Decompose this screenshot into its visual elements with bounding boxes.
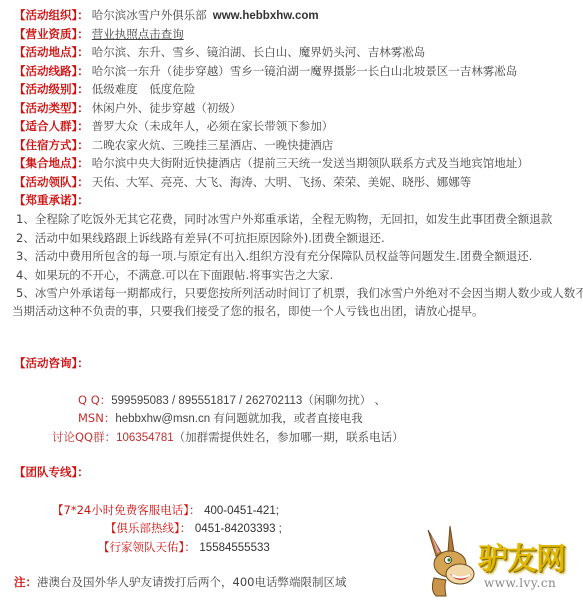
watermark-logo: 驴友网 www.lvy.cn [420,520,580,598]
hotline-value: 15584555533 [199,542,269,554]
info-row-type: 【活动类型】：休闲户外、徒步穿越（初级） [14,99,241,117]
info-label: 【郑重承诺】 [14,193,77,207]
promise-item: 2、活动中如果线路跟上诉线路有差异(不可抗拒原因除外).团费全额退还. [16,229,385,247]
watermark-brand: 驴友网 [478,534,565,578]
donkey-mascot-icon [420,520,482,598]
info-label: 【住宿方式】 [14,138,77,152]
promise-item: 5、冰雪户外承诺每一期都成行，只要您按所列活动时间订了机票，我们冰雪户外绝对不会… [16,284,583,302]
hotline-value: 400-0451-421; [204,505,279,517]
hotline-value: 0451-84203393 ; [195,523,282,535]
hotline-label: 【俱乐部热线】： [105,521,191,535]
footer-note: 注：港澳台及国外华人驴友请拨打后两个，400电话弊端限制区域 [14,573,346,591]
info-label: 【活动类型】 [14,101,77,115]
qq-group-label: 讨论QQ群： [52,430,116,444]
info-row-meeting-point: 【集合地点】：哈尔滨中央大街附近快捷酒店（提前三天统一发送当期领队联系方式及当地… [14,154,529,172]
info-value: 天佑、大军、亮亮、大飞、海涛、大明、飞扬、荣荣、美妮、晓彤、娜娜等 [92,175,472,189]
note-text: 港澳台及国外华人驴友请拨打后两个，400电话弊端限制区域 [37,575,346,589]
msn-contact: MSN：hebbxhw@msn.cn 有问题就加我，或者直接电我 [78,409,363,428]
info-row-lodging: 【住宿方式】：二晚农家火炕、三晚挂三星酒店、一晚快捷酒店 [14,136,333,154]
hotline-item-24h: 【7*24小时免费客服电话】： 400-0451-421; [52,501,279,520]
info-label: 【活动领队】 [14,175,77,189]
hotline-heading: 【团队专线】： [14,463,92,481]
info-value: 低级难度 低度危险 [92,82,196,96]
watermark-url: www.lvy.cn [484,576,556,590]
qq-numbers: 599595083 / 895551817 / 262702113（闲聊勿扰） … [111,395,386,407]
info-row-level: 【活动级别】：低级难度 低度危险 [14,80,195,98]
info-value: 二晚农家火炕、三晚挂三星酒店、一晚快捷酒店 [92,138,334,152]
promise-item: 3、活动中费用所包含的每一项.与原定有出入.组织方没有充分保障队员权益等问题发生… [16,247,532,265]
hotline-label: 【行家领队天佑】： [98,540,196,554]
promise-item-continued: 当期活动这种不负责的事，只要我们接受了您的报名，即使一个人亏钱也出团，请放心提早… [12,302,484,320]
info-label: 【集合地点】 [14,156,77,170]
qq-label: Q Q： [78,393,111,407]
promise-item: 4、如果玩的不开心，不满意.可以在下面跟帖.将事实告之大家. [16,266,333,284]
qq-group-number: 106354781 [116,432,174,444]
info-row-promise-heading: 【郑重承诺】： [14,191,92,209]
msn-label: MSN： [78,411,115,425]
info-label: 【营业资质】 [14,27,77,41]
promise-item: 1、全程除了吃饭外无其它花费，同时冰雪户外郑重承诺，全程无购物，无回扣，如发生此… [16,210,552,228]
note-label: 注： [14,575,37,589]
hotline-label: 【7*24小时免费客服电话】： [52,503,200,517]
info-row-location: 【活动地点】：哈尔滨、东升、雪乡、镜泊湖、长白山、魔界奶头河、吉林雾凇岛 [14,43,425,61]
info-value: 哈尔滨、东升、雪乡、镜泊湖、长白山、魔界奶头河、吉林雾凇岛 [92,45,426,59]
qq-group-contact: 讨论QQ群：106354781（加群需提供姓名，参加哪一期，联系电话） [52,428,404,447]
qq-contact: Q Q：599595083 / 895551817 / 262702113（闲聊… [78,391,386,410]
qq-group-note: （加群需提供姓名，参加哪一期，联系电话） [174,432,404,444]
info-value: 普罗大众（未成年人，必须在家长带领下参加） [92,119,334,133]
info-value: 休闲户外、徒步穿越（初级） [92,101,242,115]
consult-heading: 【活动咨询】： [14,354,92,372]
info-row-leaders: 【活动领队】：天佑、大军、亮亮、大飞、海涛、大明、飞扬、荣荣、美妮、晓彤、娜娜等 [14,173,471,191]
hotline-item-leader: 【行家领队天佑】： 15584555533 [98,538,270,557]
info-row-license: 【营业资质】：营业执照点击查询 [14,25,184,43]
license-link[interactable]: 营业执照点击查询 [92,27,184,41]
info-value: 哈尔滨冰雪户外俱乐部 [92,8,207,22]
info-row-audience: 【适合人群】：普罗大众（未成年人，必须在家长带领下参加） [14,117,333,135]
hotline-item-club: 【俱乐部热线】： 0451-84203393 ; [105,519,282,538]
msn-value: hebbxhw@msn.cn 有问题就加我，或者直接电我 [115,413,362,425]
info-row-organizer: 【活动组织】：哈尔滨冰雪户外俱乐部www.hebbxhw.com [14,6,319,24]
info-label: 【活动组织】 [14,8,77,22]
info-label: 【活动地点】 [14,45,77,59]
club-url[interactable]: www.hebbxhw.com [213,10,319,22]
info-label: 【活动线路】 [14,64,77,78]
info-row-route: 【活动线路】：哈尔滨一东升（徒步穿越）雪乡一镜泊湖一魔界摄影一长白山北坡景区一吉… [14,62,517,80]
info-label: 【适合人群】 [14,119,77,133]
info-value: 哈尔滨一东升（徒步穿越）雪乡一镜泊湖一魔界摄影一长白山北坡景区一吉林雾凇岛 [92,64,518,78]
info-label: 【活动级别】 [14,82,77,96]
info-value: 哈尔滨中央大街附近快捷酒店（提前三天统一发送当期领队联系方式及当地宾馆地址） [92,156,529,170]
